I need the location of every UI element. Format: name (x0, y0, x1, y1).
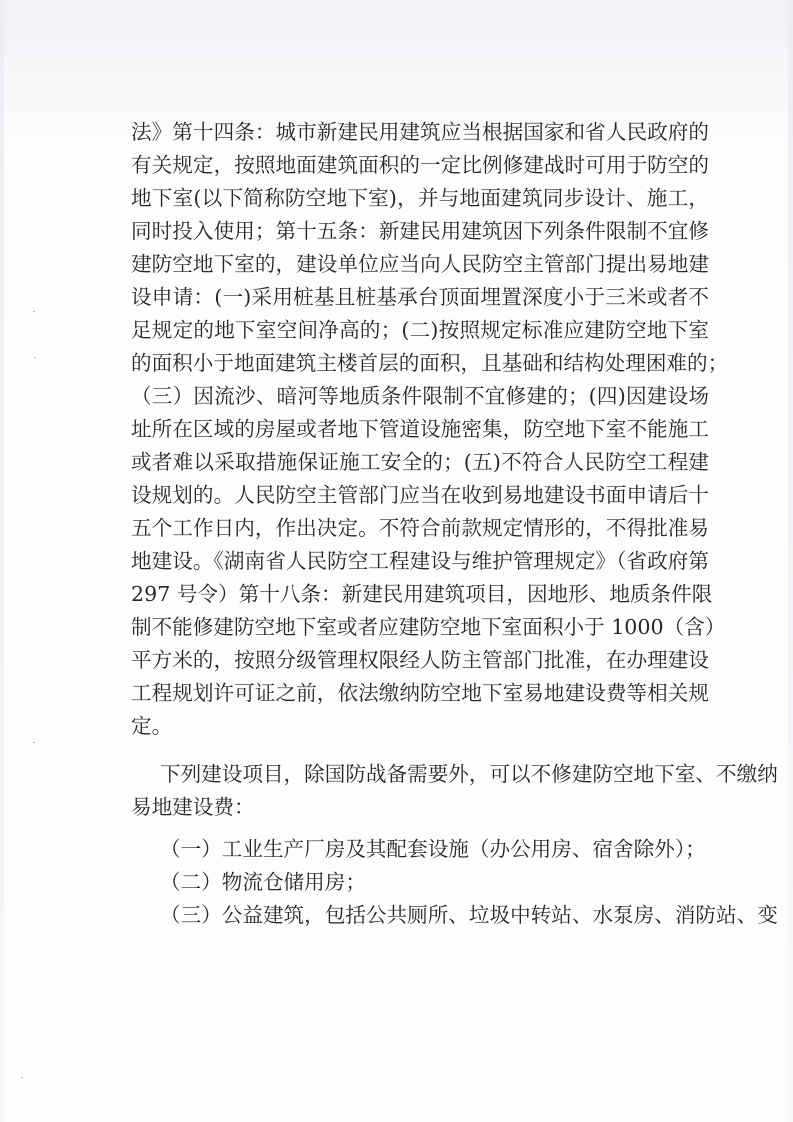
list-item: （三）公益建筑，包括公共厕所、垃圾中转站、水泵房、消防站、变 (160, 901, 709, 929)
text-line: 址所在区域的房屋或者地下管道设施密集，防空地下室不能施工 (131, 415, 709, 443)
text-line: 地建设。《湖南省人民防空工程建设与维护管理规定》（省政府第 (131, 547, 709, 575)
text-line: 五个工作日内，作出决定。不符合前款规定情形的，不得批准易 (131, 514, 709, 542)
text-line: 定。 (131, 712, 709, 740)
text-line: 平方米的，按照分级管理权限经人防主管部门批准，在办理建设 (131, 646, 709, 674)
text-line: 足规定的地下室空间净高的；(二)按照规定标准应建防空地下室 (131, 316, 709, 344)
text-line: （三）因流沙、暗河等地质条件限制不宜修建的；(四)因建设场 (131, 382, 709, 410)
text-line: 设规划的。人民防空主管部门应当在收到易地建设书面申请后十 (131, 481, 709, 509)
text-line: 有关规定，按照地面建筑面积的一定比例修建战时可用于防空的 (131, 151, 709, 179)
text-line: 地下室(以下简称防空地下室)，并与地面建筑同步设计、施工， (131, 184, 709, 212)
list-item: （二）物流仓储用房； (160, 868, 709, 896)
text-line: 同时投入使用；第十五条：新建民用建筑因下列条件限制不宜修 (131, 217, 709, 245)
text-line: 或者难以采取措施保证施工安全的；(五)不符合人民防空工程建 (131, 448, 709, 476)
text-line: 的面积小于地面建筑主楼首层的面积，且基础和结构处理困难的； (131, 349, 709, 377)
text-line: 建防空地下室的，建设单位应当向人民防空主管部门提出易地建 (131, 250, 709, 278)
text-line: 易地建设费： (131, 793, 709, 821)
text-line: 法》第十四条：城市新建民用建筑应当根据国家和省人民政府的 (131, 118, 709, 146)
document-page: 法》第十四条：城市新建民用建筑应当根据国家和省人民政府的 有关规定，按照地面建筑… (0, 0, 793, 1122)
text-line: 297 号令）第十八条：新建民用建筑项目，因地形、地质条件限 (131, 580, 709, 608)
text-line: 工程规划许可证之前，依法缴纳防空地下室易地建设费等相关规 (131, 679, 709, 707)
list-item: （一）工业生产厂房及其配套设施（办公用房、宿舍除外）； (160, 835, 709, 863)
text-line: 设申请：(一)采用桩基且桩基承台顶面埋置深度小于三米或者不 (131, 283, 709, 311)
text-line: 制不能修建防空地下室或者应建防空地下室面积小于 1000（含） (131, 613, 709, 641)
text-line: 下列建设项目，除国防战备需要外，可以不修建防空地下室、不缴纳 (160, 760, 709, 788)
